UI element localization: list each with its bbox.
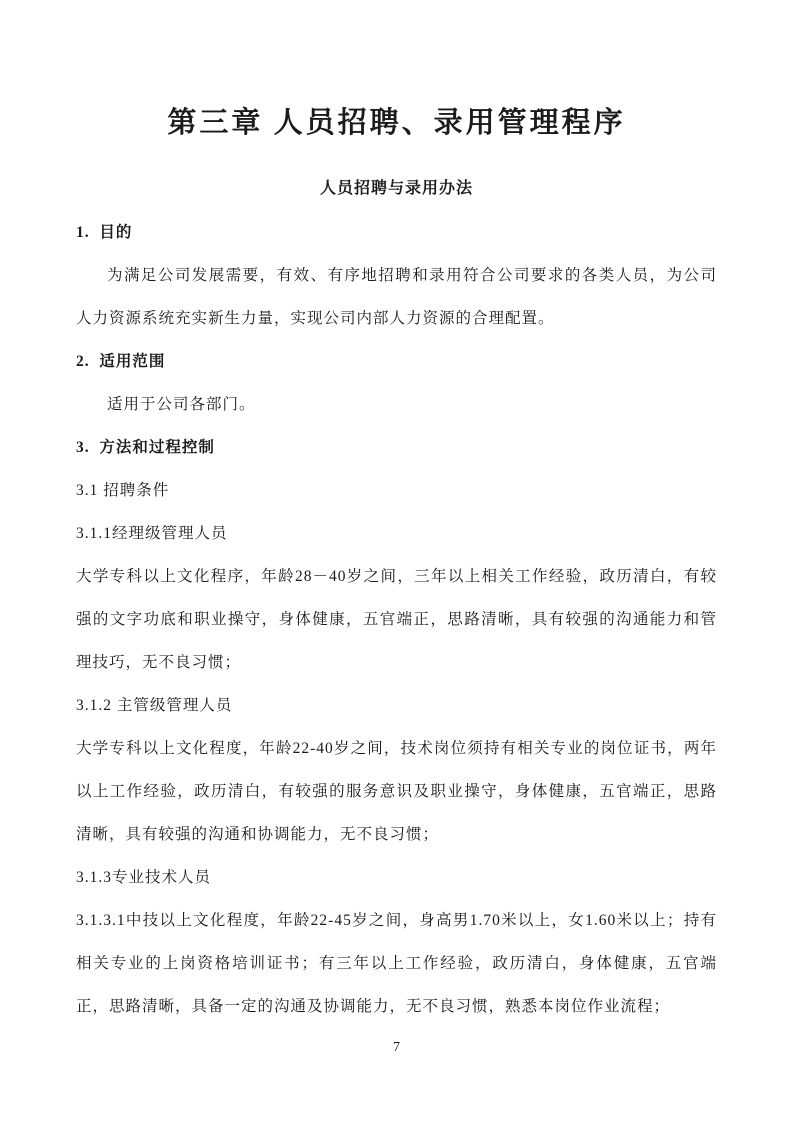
document-body: 1. 目的 为满足公司发展需要，有效、有序地招聘和录用符合公司要求的各类人员，为… (76, 211, 717, 1028)
subsection-heading-technical-staff: 3.1.3专业技术人员 (76, 856, 717, 899)
chapter-title: 第三章 人员招聘、录用管理程序 (76, 0, 717, 146)
paragraph-supervisor-level-requirements: 大学专科以上文化程度，年龄22-40岁之间，技术岗位须持有相关专业的岗位证书，两… (76, 727, 717, 856)
section-heading-purpose: 1. 目的 (76, 211, 717, 254)
section-heading-scope: 2. 适用范围 (76, 340, 717, 383)
document-subtitle: 人员招聘与录用办法 (76, 178, 717, 200)
subsection-heading-supervisor-level: 3.1.2 主管级管理人员 (76, 684, 717, 727)
section-heading-methods: 3. 方法和过程控制 (76, 426, 717, 469)
paragraph-scope: 适用于公司各部门。 (76, 383, 717, 426)
subsection-heading-manager-level: 3.1.1经理级管理人员 (76, 512, 717, 555)
document-page: 第三章 人员招聘、录用管理程序 人员招聘与录用办法 1. 目的 为满足公司发展需… (0, 0, 793, 1122)
page-number: 7 (0, 1037, 793, 1059)
paragraph-technical-staff-requirements: 3.1.3.1中技以上文化程度，年龄22-45岁之间，身高男1.70米以上，女1… (76, 899, 717, 1028)
paragraph-manager-level-requirements: 大学专科以上文化程序，年龄28－40岁之间，三年以上相关工作经验，政历清白，有较… (76, 555, 717, 684)
subsection-heading-recruit-conditions: 3.1 招聘条件 (76, 469, 717, 512)
paragraph-purpose: 为满足公司发展需要，有效、有序地招聘和录用符合公司要求的各类人员，为公司人力资源… (76, 254, 717, 340)
